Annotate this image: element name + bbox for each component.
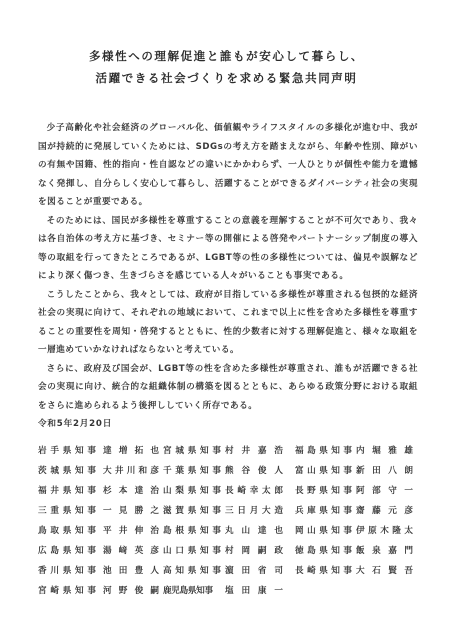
governor-name: 阿部守一 (356, 484, 413, 496)
governor-name: 飯泉嘉門 (356, 544, 413, 556)
paragraph-3: こうしたことから、我々としては、政府が目指している多様性が尊重される包摂的な経済… (38, 286, 418, 360)
signatory-row: 福井県知事杉本達治山梨県知事長崎幸太郎長野県知事阿部守一 (38, 484, 418, 500)
governor-name: 達増拓也 (103, 444, 159, 456)
governor-office: 島根県知事 (163, 524, 221, 536)
governor-name: 平井伸治 (103, 524, 159, 536)
governor-office: 岩手県知事 (38, 444, 96, 456)
governor-name: 塩田康一 (225, 584, 283, 596)
statement-date: 令和5年2月20日 (38, 417, 112, 429)
paragraph-4: さらに、政府及び国会が、LGBT等の性を含めた多様性が尊重され、誰もが活躍できる… (38, 360, 418, 416)
signatory-row: 鳥取県知事平井伸治島根県知事丸山達也岡山県知事伊原木隆太 (38, 524, 418, 540)
governor-name: 伊原木隆太 (356, 524, 413, 536)
governor-name: 新田八朗 (356, 464, 413, 476)
signatory-row: 岩手県知事達増拓也宮城県知事村井嘉浩福島県知事内堀雅雄 (38, 444, 418, 460)
governor-office: 宮城県知事 (163, 444, 221, 456)
governor-office: 兵庫県知事 (295, 504, 352, 516)
governor-name: 杉本達治 (103, 484, 159, 496)
governor-name: 大井川和彦 (103, 464, 159, 476)
governor-office: 滋賀県知事 (163, 504, 221, 516)
governor-name: 齋藤元彦 (356, 504, 413, 516)
statement-body: 少子高齢化や社会経済のグローバル化、価値観やライフスタイルの多様化が進む中、我が… (38, 119, 418, 415)
governor-name: 河野俊嗣 (103, 584, 159, 596)
governor-office: 三重県知事 (38, 504, 96, 516)
governor-name: 濵田省司 (225, 564, 283, 576)
signatory-row: 茨城県知事大井川和彦千葉県知事熊谷俊人富山県知事新田八朗 (38, 464, 418, 480)
governor-office: 岡山県知事 (295, 524, 352, 536)
signatory-row: 宮崎県知事河野俊嗣鹿児島県知事塩田康一 (38, 584, 418, 600)
governor-office: 長崎県知事 (295, 564, 352, 576)
statement-title-line-1: 多様性への理解促進と誰もが安心して暮らし、 (0, 48, 453, 64)
governor-office: 福井県知事 (38, 484, 96, 496)
governor-office: 宮崎県知事 (38, 584, 96, 596)
governor-name: 湯﨑英彦 (103, 544, 159, 556)
governor-office: 福島県知事 (295, 444, 352, 456)
governor-name: 村井嘉浩 (225, 444, 283, 456)
governor-name: 村岡嗣政 (225, 544, 283, 556)
governor-office: 山梨県知事 (163, 484, 221, 496)
governor-office: 長野県知事 (295, 484, 352, 496)
paragraph-1: 少子高齢化や社会経済のグローバル化、価値観やライフスタイルの多様化が進む中、我が… (38, 119, 418, 212)
governor-name: 三日月大造 (225, 504, 283, 516)
signatory-row: 三重県知事一見勝之滋賀県知事三日月大造兵庫県知事齋藤元彦 (38, 504, 418, 520)
paragraph-2: そのためには、国民が多様性を尊重することの意義を理解することが不可欠であり、我々… (38, 212, 418, 286)
signatory-row: 広島県知事湯﨑英彦山口県知事村岡嗣政徳島県知事飯泉嘉門 (38, 544, 418, 560)
governor-office: 茨城県知事 (38, 464, 96, 476)
governor-name: 一見勝之 (103, 504, 159, 516)
governor-name: 内堀雅雄 (356, 444, 413, 456)
governor-office: 富山県知事 (295, 464, 352, 476)
governor-office: 徳島県知事 (295, 544, 352, 556)
governor-office: 高知県知事 (163, 564, 221, 576)
governor-office: 鳥取県知事 (38, 524, 96, 536)
governor-office: 千葉県知事 (163, 464, 221, 476)
governor-office: 広島県知事 (38, 544, 96, 556)
governor-office: 香川県知事 (38, 564, 96, 576)
governor-name: 熊谷俊人 (225, 464, 283, 476)
governor-name: 丸山達也 (225, 524, 283, 536)
governor-name: 大石賢吾 (356, 564, 413, 576)
statement-title-line-2: 活躍できる社会づくりを求める緊急共同声明 (0, 70, 453, 86)
governor-office: 山口県知事 (163, 544, 221, 556)
governor-office: 鹿児島県知事 (163, 584, 221, 596)
document-page: 多様性への理解促進と誰もが安心して暮らし、 活躍できる社会づくりを求める緊急共同… (0, 0, 453, 640)
governor-name: 長崎幸太郎 (225, 484, 283, 496)
signatory-row: 香川県知事池田豊人高知県知事濵田省司長崎県知事大石賢吾 (38, 564, 418, 580)
governor-name: 池田豊人 (103, 564, 159, 576)
